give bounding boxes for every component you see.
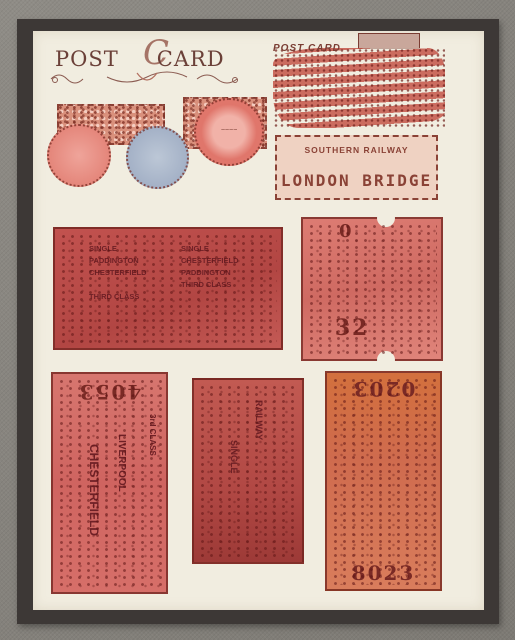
card-panel: C POSTCARD POST CARD SOUTHERN RAILWAY LO…: [33, 31, 484, 610]
ticket-text: PADDINGTON: [89, 255, 147, 267]
ticket-number: 0: [339, 221, 354, 242]
postcard-title-word2: CARD: [157, 47, 225, 71]
ticket-number: 32: [283, 315, 421, 341]
ticket-text: PADDINGTON: [181, 267, 239, 279]
ticket-number: 0203: [327, 377, 440, 401]
ticket-number: 8023: [327, 561, 440, 585]
ticket-text: SINGLE: [89, 243, 147, 255]
ticket-left-column: SINGLE PADDINGTON CHESTERFIELD THIRD CLA…: [89, 243, 147, 303]
circular-postmark: [47, 124, 111, 187]
notched-railway-ticket: 0 32: [301, 217, 443, 361]
ticket-text: CHESTERFIELD: [87, 444, 101, 536]
ticket-text: 3rd CLASS: [148, 414, 157, 456]
postcard-title: POSTCARD: [55, 47, 225, 71]
station-name: LONDON BRIDGE: [277, 171, 436, 190]
tall-railway-ticket: 4053 3rd CLASS LIVERPOOL CHESTERFIELD: [51, 372, 168, 594]
ticket-number: 4053: [53, 380, 166, 404]
london-bridge-ticket: SOUTHERN RAILWAY LONDON BRIDGE: [275, 135, 438, 200]
circular-postmark: ~~~~: [194, 98, 264, 166]
ticket-notch: [377, 351, 395, 369]
ticket-right-column: SINGLE CHESTERFIELD PADDINGTON THIRD CLA…: [181, 243, 239, 291]
small-postage-stamp: [358, 33, 420, 49]
tall-railway-ticket-orange: 0203 8023: [325, 371, 442, 591]
ticket-text: LIVERPOOL: [116, 434, 127, 492]
ticket-text: CHESTERFIELD: [89, 267, 147, 279]
ticket-text: CHESTERFIELD: [181, 255, 239, 267]
ticket-text: RAILWAY: [254, 400, 264, 440]
postcard-title-word1: POST: [55, 47, 119, 71]
cancel-label: POST CARD: [273, 43, 341, 54]
wide-railway-ticket: SINGLE PADDINGTON CHESTERFIELD THIRD CLA…: [53, 227, 283, 350]
ticket-text: THIRD CLASS: [181, 279, 239, 291]
tall-railway-ticket: RAILWAY SINGLE: [192, 378, 304, 564]
ticket-text: SINGLE: [181, 243, 239, 255]
ticket-text: THIRD CLASS: [89, 291, 147, 303]
ticket-text: SINGLE: [229, 440, 239, 474]
ticket-text: [89, 279, 147, 291]
ticket-notch: [377, 209, 395, 227]
flourish-ornament-icon: [47, 71, 242, 87]
railway-company-name: SOUTHERN RAILWAY: [277, 145, 436, 155]
wavy-cancellation-mark: [273, 48, 445, 128]
circular-postmark-blue: [126, 126, 189, 189]
